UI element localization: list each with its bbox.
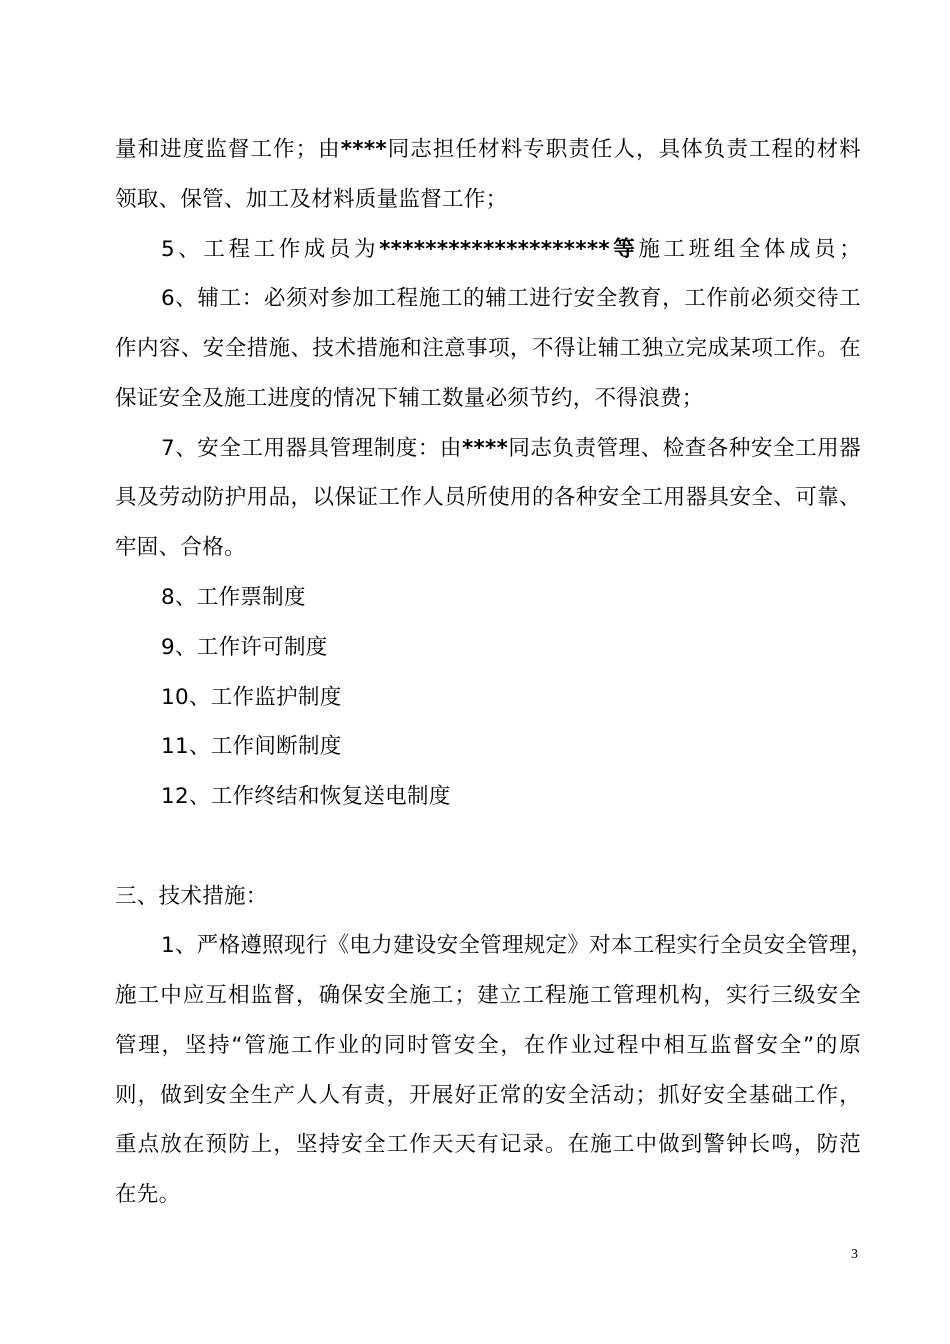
list-item-12: 12、工作终结和恢复送电制度	[161, 782, 861, 812]
paragraph-line: 则，做到安全生产人人有责，开展好正常的安全活动；抓好安全基础工作，	[115, 1081, 861, 1111]
list-item-9: 9、工作许可制度	[161, 633, 861, 663]
measure-item-1: 1、严格遵照现行《电力建设安全管理规定》对本工程实行全员安全管理，	[161, 931, 861, 961]
list-item-10: 10、工作监护制度	[161, 683, 861, 713]
paragraph-line: 领取、保管、加工及材料质量监督工作；	[115, 185, 861, 215]
redacted-name: ****	[341, 137, 387, 162]
list-item-7: 7、安全工用器具管理制度：由****同志负责管理、检查各种安全工用器	[161, 434, 861, 464]
paragraph-line: 保证安全及施工进度的情况下辅工数量必须节约，不得浪费；	[115, 384, 861, 414]
text-run: 同志负责管理、检查各种安全工用器	[508, 436, 861, 461]
text-run: 同志担任材料专职责任人，具体负责工程的材料	[387, 137, 861, 162]
text-run: 施工班组全体成员；	[638, 237, 861, 262]
list-item-11: 11、工作间断制度	[161, 732, 861, 762]
list-item-6: 6、辅工：必须对参加工程施工的辅工进行安全教育，工作前必须交待工	[161, 284, 861, 314]
redacted-name: ****	[462, 436, 508, 461]
page-number: 3	[851, 1245, 858, 1265]
paragraph-line: 在先。	[115, 1180, 861, 1210]
paragraph-line: 重点放在预防上，坚持安全工作天天有记录。在施工中做到警钟长鸣，防范	[115, 1130, 861, 1160]
list-item-8: 8、工作票制度	[161, 583, 861, 613]
text-run: 量和进度监督工作；由	[115, 137, 341, 162]
paragraph-line: 量和进度监督工作；由****同志担任材料专职责任人，具体负责工程的材料	[115, 135, 861, 165]
list-item-5: 5、工程工作成员为********************等施工班组全体成员；	[161, 235, 861, 265]
paragraph-line: 作内容、安全措施、技术措施和注意事项，不得让辅工独立完成某项工作。在	[115, 334, 861, 364]
paragraph-line: 管理，坚持“管施工作业的同时管安全，在作业过程中相互监督安全”的原	[115, 1031, 861, 1061]
document-page: 量和进度监督工作；由****同志担任材料专职责任人，具体负责工程的材料 领取、保…	[0, 0, 950, 1344]
paragraph-line: 施工中应互相监督，确保安全施工；建立工程施工管理机构，实行三级安全	[115, 981, 861, 1011]
text-run: 7、安全工用器具管理制度：由	[161, 436, 462, 461]
paragraph-line: 具及劳动防护用品，以保证工作人员所使用的各种安全工用器具安全、可靠、	[115, 483, 861, 513]
paragraph-line: 牢固、合格。	[115, 533, 861, 563]
text-run: 5、工程工作成员为	[161, 237, 379, 262]
section-heading: 三、技术措施：	[115, 882, 861, 912]
redacted-names: ********************等	[379, 237, 638, 262]
